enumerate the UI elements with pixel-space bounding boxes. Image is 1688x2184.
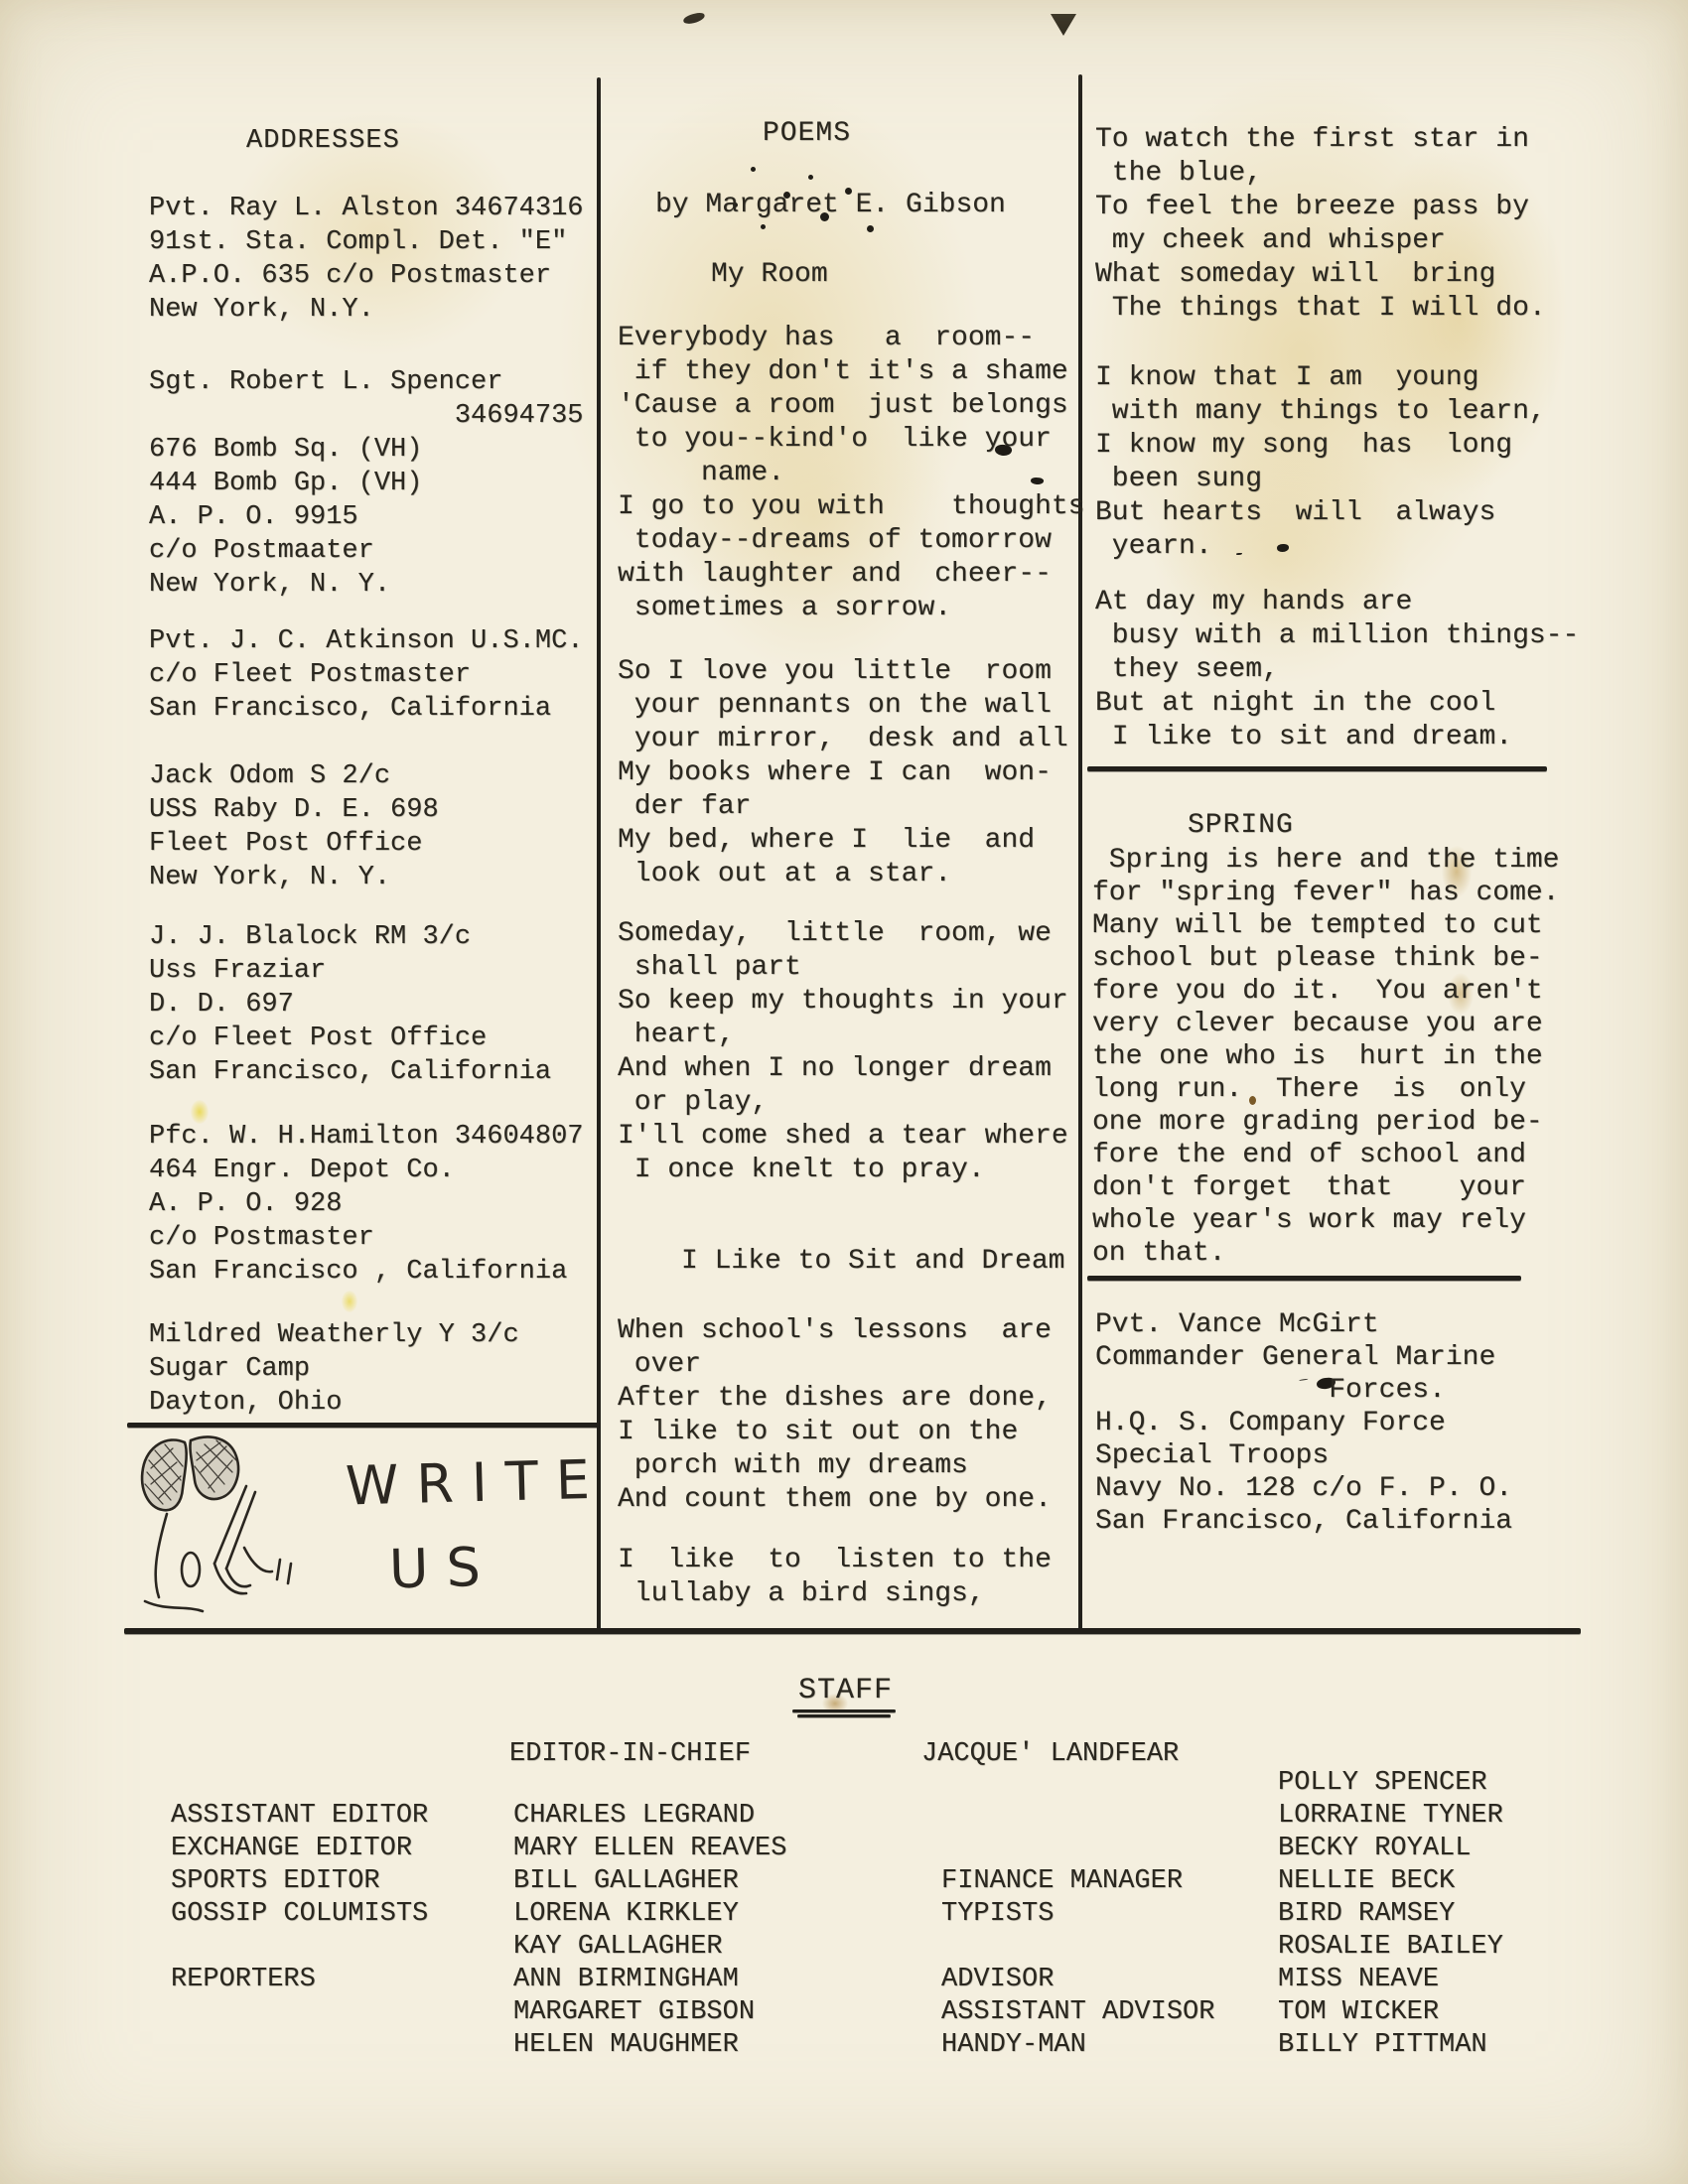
- address-block: Pvt. J. C. Atkinson U.S.MC. c/o Fleet Po…: [149, 624, 583, 726]
- stain: [342, 1291, 357, 1312]
- rule-under-poem: [1087, 766, 1547, 771]
- poems-byline: by Margaret E. Gibson: [655, 189, 1006, 222]
- poem-continuation-stanza: To watch the first star in the blue, To …: [1095, 123, 1546, 326]
- ink-mark: [1051, 14, 1076, 36]
- editor-in-chief-label: EDITOR-IN-CHIEF: [509, 1737, 751, 1771]
- poem1-title: My Room: [711, 258, 828, 292]
- staff-roles-left: ASSISTANT EDITOR EXCHANGE EDITOR SPORTS …: [171, 1800, 428, 1996]
- poem2-title: I Like to Sit and Dream: [681, 1245, 1064, 1279]
- column-divider-left: [597, 77, 601, 1630]
- staff-roles-right: FINANCE MANAGER TYPISTS ADVISOR ASSISTAN…: [941, 1865, 1214, 2062]
- write-us-label: WRITE: [345, 1448, 609, 1518]
- staff-names-center: CHARLES LEGRAND MARY ELLEN REAVES BILL G…: [513, 1800, 786, 2062]
- address-block: Mildred Weatherly Y 3/c Sugar Camp Dayto…: [149, 1318, 519, 1420]
- poem-continuation-stanza: I know that I am young with many things …: [1095, 361, 1546, 564]
- poem1-stanza: So I love you little room your pennants …: [618, 655, 1068, 891]
- poem2-stanza: I like to listen to the lullaby a bird s…: [618, 1544, 1052, 1611]
- poem1-stanza: Everybody has a room-- if they don't it'…: [618, 322, 1068, 490]
- bottom-rule: [124, 1628, 1581, 1634]
- poem1-stanza: I go to you with thoughts today--dreams …: [618, 490, 1084, 625]
- address-block: Sgt. Robert L. Spencer 34694735 676 Bomb…: [149, 365, 583, 602]
- address-block: Jack Odom S 2/c USS Raby D. E. 698 Fleet…: [149, 759, 439, 894]
- staff-underline: [797, 1714, 891, 1717]
- poem2-stanza: When school's lessons are over After the…: [618, 1314, 1052, 1517]
- addresses-heading: ADDRESSES: [246, 124, 400, 158]
- address-block: Pvt. Ray L. Alston 34674316 91st. Sta. C…: [149, 192, 583, 327]
- address-block: J. J. Blalock RM 3/c Uss Fraziar D. D. 6…: [149, 920, 551, 1089]
- staff-names-right: POLLY SPENCER LORRAINE TYNER BECKY ROYAL…: [1278, 1767, 1503, 2062]
- staff-underline: [792, 1709, 896, 1712]
- staff-heading: STAFF: [798, 1674, 893, 1707]
- editor-in-chief-name: JACQUE' LANDFEAR: [921, 1737, 1179, 1771]
- poems-heading: POEMS: [763, 117, 851, 151]
- write-us-label: US: [388, 1536, 498, 1601]
- ink-mark: [682, 11, 706, 25]
- spring-article: Spring is here and the time for "spring …: [1092, 844, 1559, 1270]
- writing-hand-illustration: [127, 1433, 346, 1627]
- rule-under-spring: [1087, 1276, 1521, 1281]
- address-block: Pvt. Vance McGirt Commander General Mari…: [1095, 1308, 1512, 1538]
- address-block: Pfc. W. H.Hamilton 34604807 464 Engr. De…: [149, 1120, 583, 1289]
- ink-speckles: [751, 167, 756, 172]
- poem1-stanza: Someday, little room, we shall part So k…: [618, 917, 1068, 1187]
- poem-continuation-stanza: At day my hands are busy with a million …: [1095, 586, 1579, 754]
- write-us-box-top: [127, 1423, 601, 1428]
- column-divider-right: [1078, 74, 1082, 1630]
- newsletter-page: ADDRESSES Pvt. Ray L. Alston 34674316 91…: [0, 0, 1688, 2184]
- spring-heading: SPRING: [1188, 809, 1294, 843]
